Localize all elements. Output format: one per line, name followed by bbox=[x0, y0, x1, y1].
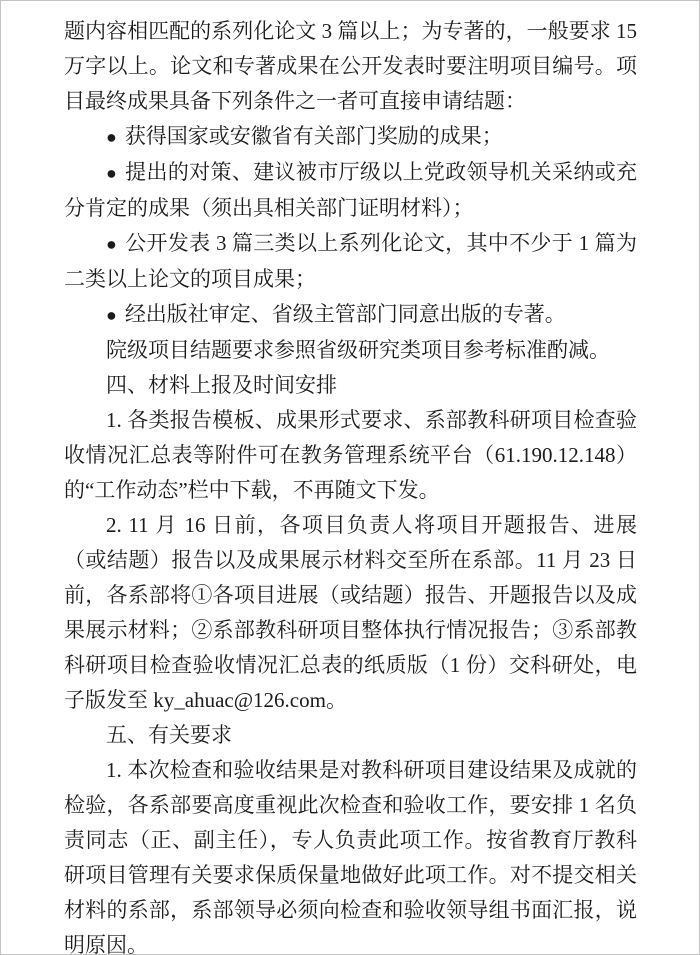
paragraph-download-info: 1. 各类报告模板、成果形式要求、系部教科研项目检查验收情况汇总表等附件可在教务… bbox=[64, 403, 637, 508]
bullet-item-text: 经出版社审定、省级主管部门同意出版的专著。 bbox=[125, 302, 566, 326]
bullet-item-text: 公开发表 3 篇三类以上系列化论文，其中不少于 1 篇为二类以上论文的项目成果； bbox=[64, 231, 637, 291]
bullet-icon: ● bbox=[106, 305, 117, 325]
bullet-item-text: 获得国家或安徽省有关部门奖励的成果； bbox=[125, 124, 503, 148]
section-heading-four: 四、材料上报及时间安排 bbox=[64, 368, 637, 403]
paragraph-college-level-note: 院级项目结题要求参照省级研究类项目参考标准酌减。 bbox=[64, 333, 637, 368]
bullet-item-text: 提出的对策、建议被市厅级以上党政领导机关采纳或充分肯定的成果（须出具相关部门证明… bbox=[64, 160, 637, 220]
paragraph-requirements: 1. 本次检查和验收结果是对教科研项目建设结果及成就的检验，各系部要高度重视此次… bbox=[64, 753, 637, 955]
paragraph-continued: 题内容相匹配的系列化论文 3 篇以上；为专著的，一般要求 15 万字以上。论文和… bbox=[64, 14, 637, 119]
bullet-icon: ● bbox=[106, 127, 117, 147]
document-page: 题内容相匹配的系列化论文 3 篇以上；为专著的，一般要求 15 万字以上。论文和… bbox=[0, 0, 700, 955]
bullet-item-published-papers: ●公开发表 3 篇三类以上系列化论文，其中不少于 1 篇为二类以上论文的项目成果… bbox=[64, 226, 637, 297]
section-heading-five: 五、有关要求 bbox=[64, 718, 637, 753]
bullet-icon: ● bbox=[106, 234, 117, 254]
bullet-item-awarded-results: ●获得国家或安徽省有关部门奖励的成果； bbox=[64, 119, 637, 155]
bullet-item-approved-monograph: ●经出版社审定、省级主管部门同意出版的专著。 bbox=[64, 297, 637, 333]
bullet-icon: ● bbox=[106, 163, 117, 183]
bullet-item-adopted-proposals: ●提出的对策、建议被市厅级以上党政领导机关采纳或充分肯定的成果（须出具相关部门证… bbox=[64, 155, 637, 226]
paragraph-submission-schedule: 2. 11 月 16 日前，各项目负责人将项目开题报告、进展（或结题）报告以及成… bbox=[64, 508, 637, 718]
document-body: 题内容相匹配的系列化论文 3 篇以上；为专著的，一般要求 15 万字以上。论文和… bbox=[1, 1, 699, 954]
